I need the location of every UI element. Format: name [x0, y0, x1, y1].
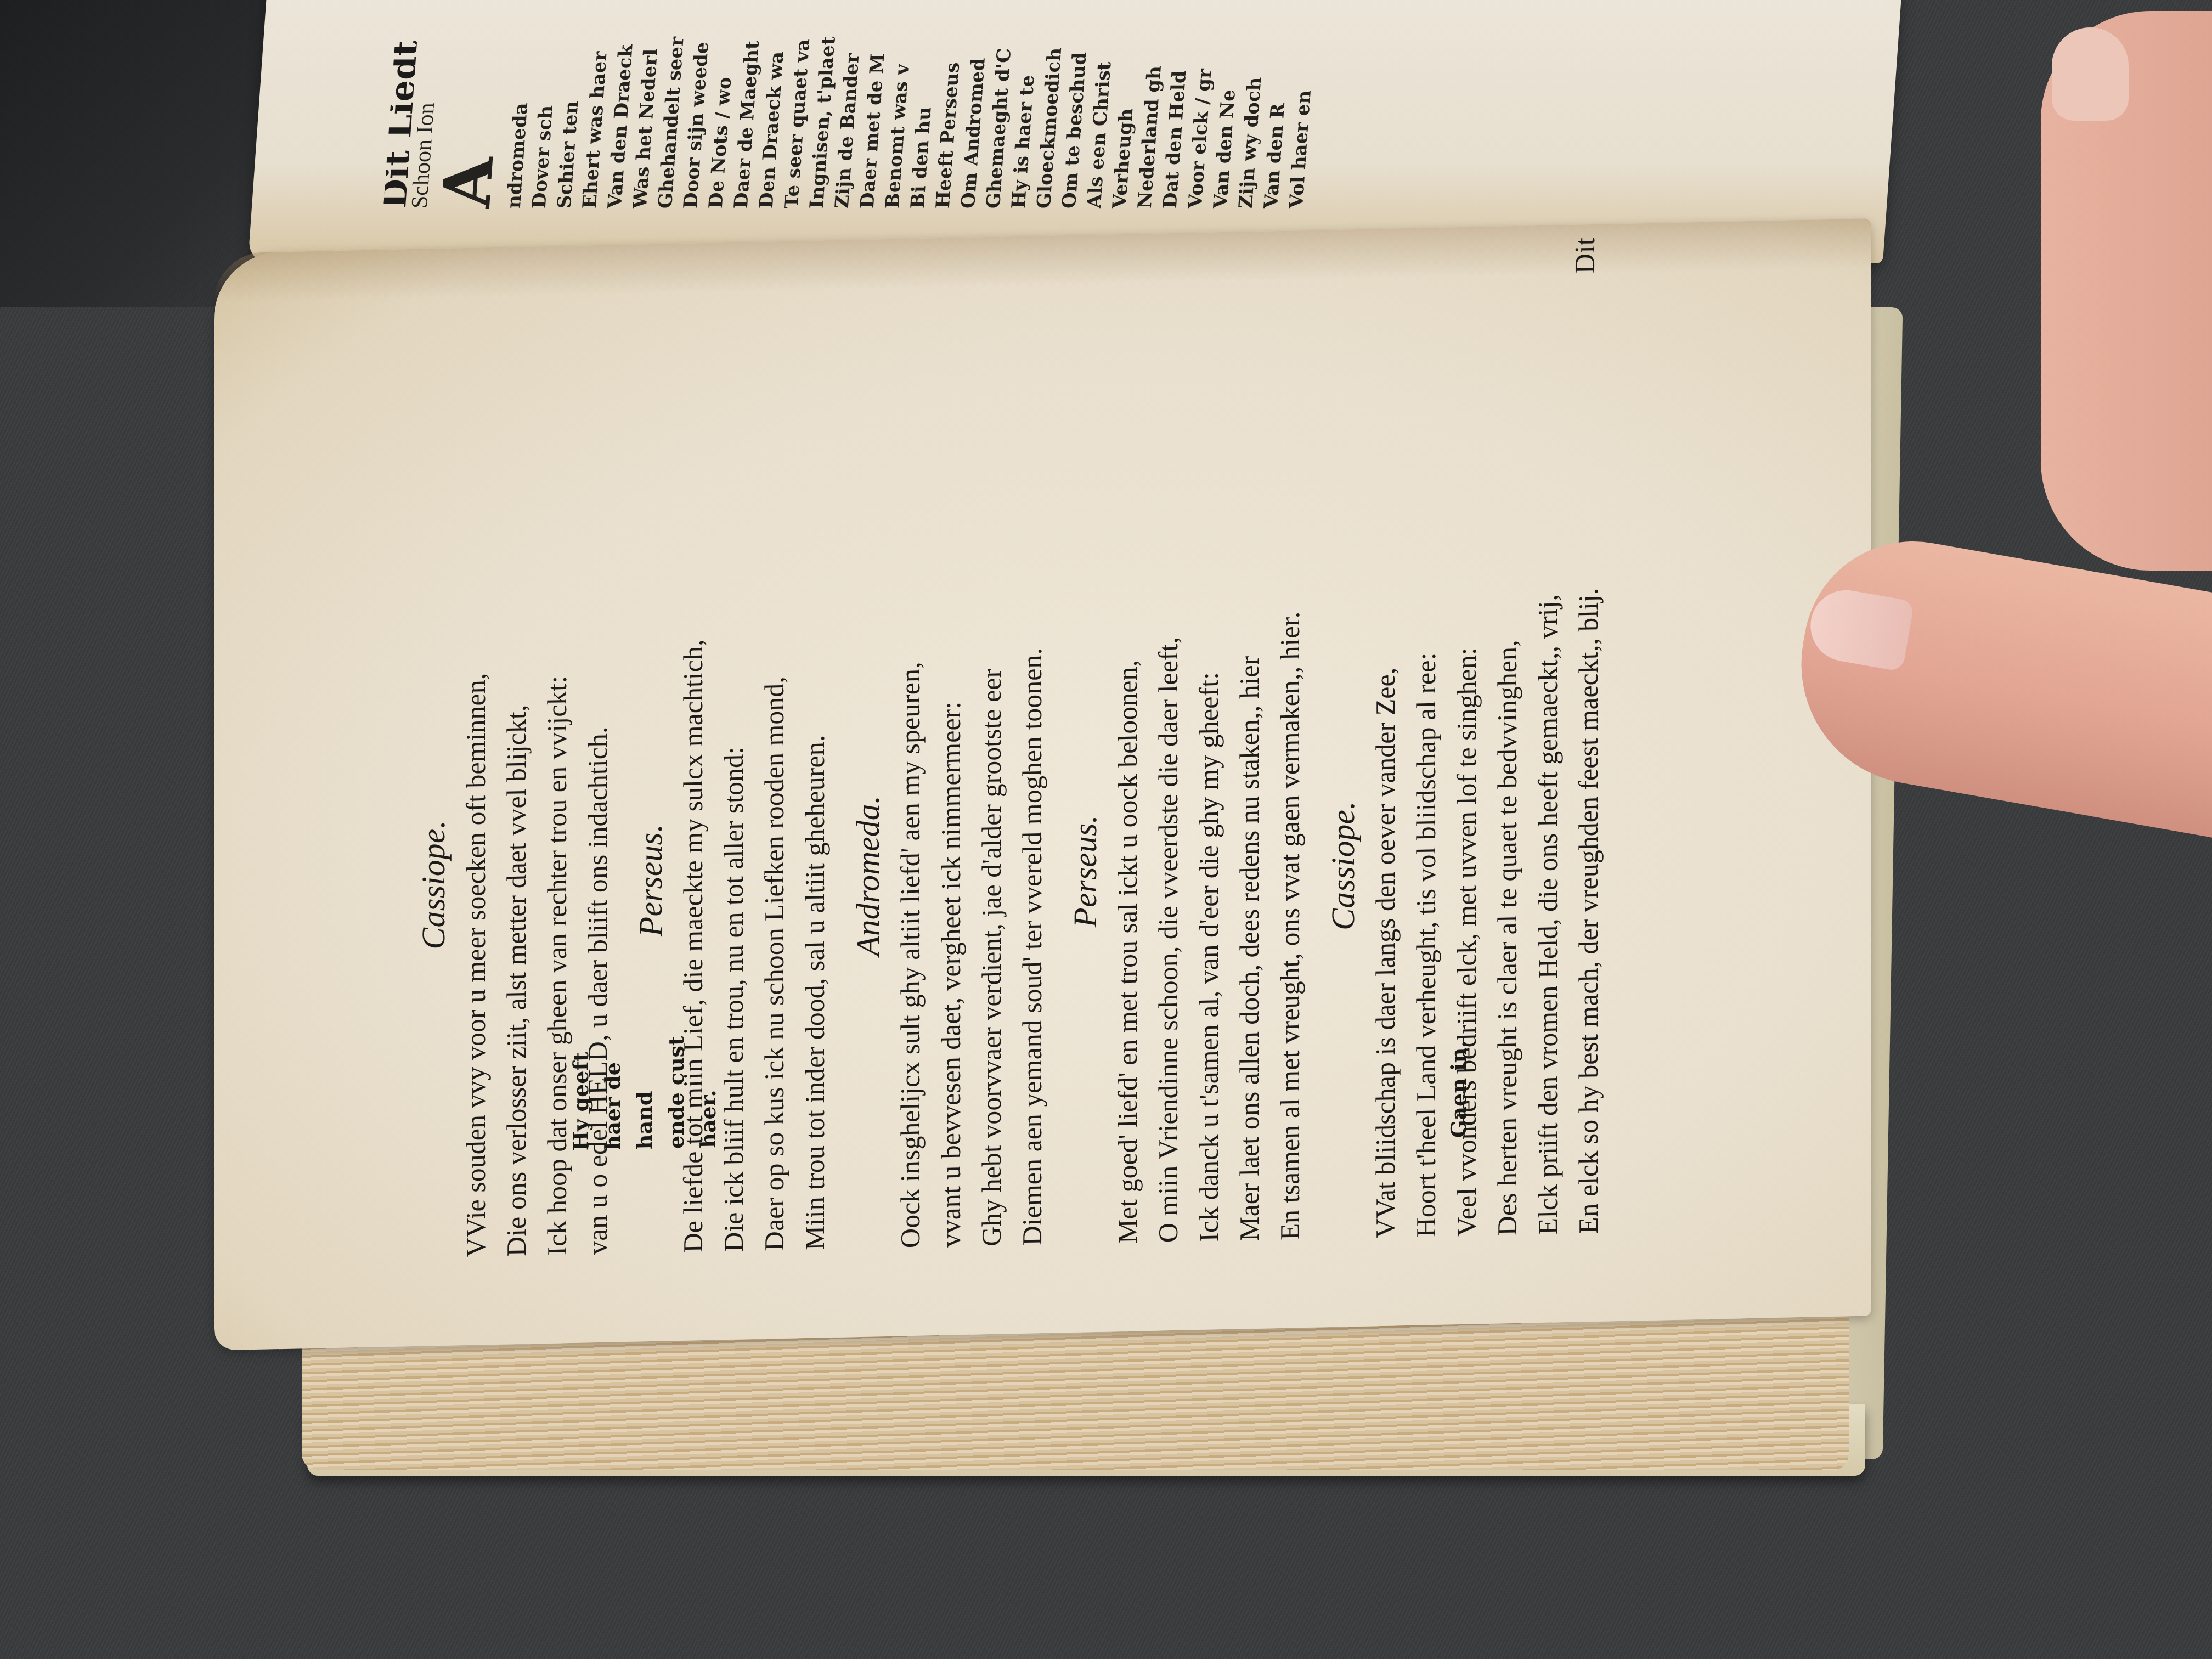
- margin-note-exit: Gaen in.: [1443, 1040, 1475, 1138]
- stanza: Perseus. Met goed' liefd' en met trou sa…: [1063, 329, 1310, 1322]
- lower-page: Cassiope. VVie souden vvy voor u meer so…: [214, 218, 1871, 1350]
- verse-line: Oock insghelijcx sult ghy altiit liefd' …: [890, 337, 930, 1325]
- stanza: Perseus. De liefde tot miin Lief, die ma…: [629, 339, 835, 1331]
- speaker-name: Cassiope.: [1321, 328, 1365, 1404]
- verse-line: Die ick bliif hult en trou, nu en tot al…: [713, 341, 754, 1329]
- verse-line: Die ons verlosser ziit, alst metter daet…: [496, 345, 537, 1334]
- verse-line: Veel vvonders bedriift elck, met uvven l…: [1446, 325, 1487, 1314]
- verse-line: Maer laet ons allen doch, dees redens nu…: [1229, 330, 1269, 1318]
- upper-page-text: Dit Liedt Schoon Ion A ndromeda Dover sc…: [380, 0, 1323, 263]
- thumb-nail: [2052, 27, 2129, 121]
- verse-line: vvant u bevvesen daet, vergheet ick nimm…: [930, 336, 971, 1325]
- speaker-name: Perseus.: [629, 342, 673, 1419]
- stanza: Andromeda. Oock insghelijcx sult ghy alt…: [846, 335, 1052, 1327]
- verse-line: Elck priift den vromen Held, die ons hee…: [1527, 324, 1568, 1312]
- verse-line: En tsamen al met vreught, ons vvat gaen …: [1269, 329, 1310, 1318]
- verse-line: En elck so hy best mach, der vreughden f…: [1568, 323, 1609, 1311]
- verse-line: O miin Vriendinne schoon, die vveerdste …: [1148, 331, 1188, 1320]
- stanza: Cassiope. VVat bliidschap is daer langs …: [1321, 323, 1609, 1316]
- verse-line: Ick hoop dat onser gheen van rechter tro…: [537, 345, 577, 1333]
- stanza: Cassiope. VVie souden vvy voor u meer so…: [411, 343, 618, 1335]
- verse-line: van u o edel HELD, u daer bliift ons ind…: [577, 343, 618, 1332]
- drop-cap: A: [433, 0, 516, 214]
- verse-line: VVie souden vvy voor u meer soecken oft …: [455, 346, 496, 1335]
- speaker-name: Andromeda.: [846, 338, 890, 1414]
- catchword: Dit: [1569, 237, 1601, 274]
- margin-note-stage-direction: Hy geeft haer de hand ende cust haer.: [565, 1035, 724, 1152]
- verse-line: Hoort t'heel Land verheught, tis vol bli…: [1406, 326, 1446, 1315]
- verse-line: Ick danck u t'samen al, van d'eer die gh…: [1188, 331, 1229, 1319]
- verse-line: Miin trou tot inder dood, sal u altiit g…: [794, 339, 835, 1328]
- verse-line: Diemen aen yemand soud' ter vvereld mogh…: [1012, 335, 1052, 1323]
- verse-text-block: Cassiope. VVie souden vvy voor u meer so…: [411, 323, 1620, 1335]
- verse-line: Met goed' liefd' en met trou sal ickt u …: [1107, 332, 1148, 1321]
- verse-line: VVat bliidschap is daer langs den oever …: [1365, 327, 1406, 1316]
- verse-line: Daer op so kus ick nu schoon Liefken roo…: [754, 340, 794, 1328]
- speaker-name: Cassiope.: [411, 347, 455, 1423]
- verse-line: Des herten vreught is claer al te quaet …: [1487, 324, 1527, 1313]
- verse-line: De liefde tot miin Lief, die maeckte my …: [673, 342, 713, 1330]
- speaker-name: Perseus.: [1063, 334, 1107, 1410]
- verse-line: Ghy hebt voorvvaer verdient, jae d'alder…: [971, 335, 1012, 1324]
